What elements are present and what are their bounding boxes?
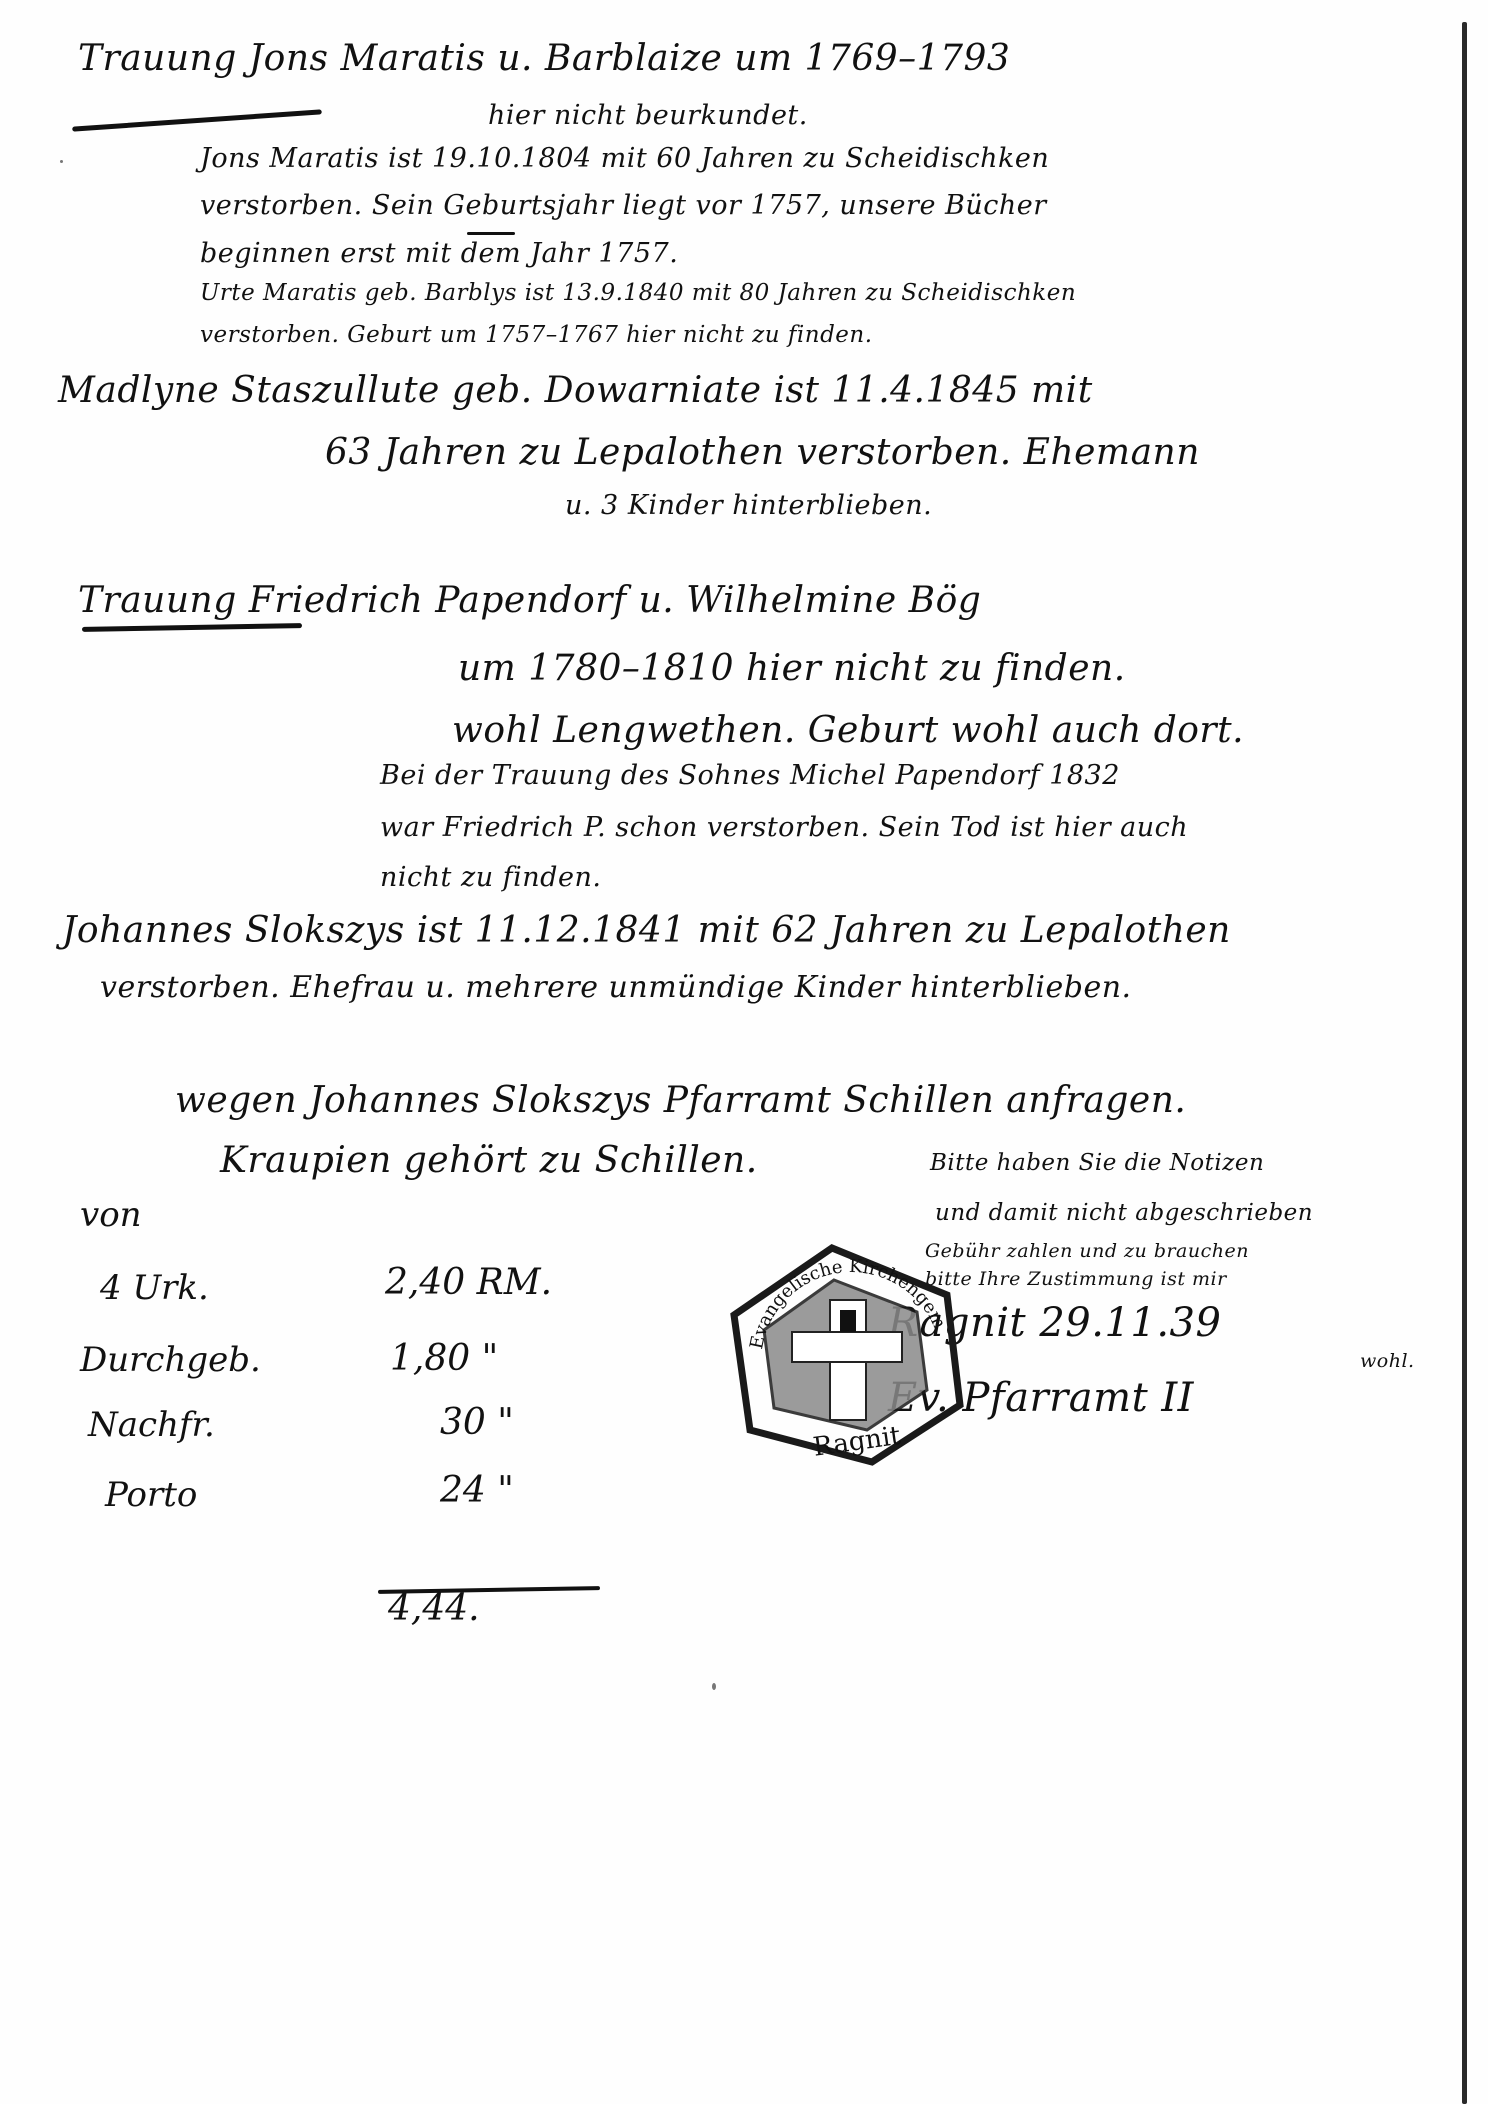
page-edge-line <box>1462 22 1467 2104</box>
text-line: Johannes Slokszys ist 11.12.1841 mit 62 … <box>62 910 1231 951</box>
fee-label: Porto <box>105 1475 197 1515</box>
text-line: 63 Jahren zu Lepalothen verstorben. Ehem… <box>325 432 1200 473</box>
fee-label: 4 Urk. <box>100 1268 209 1308</box>
text-line: Madlyne Staszullute geb. Dowarniate ist … <box>58 370 1093 411</box>
fee-label: Durchgeb. <box>80 1340 261 1380</box>
text-line: wohl Lengwethen. Geburt wohl auch dort. <box>452 710 1244 751</box>
fee-amount: 2,40 RM. <box>385 1262 552 1303</box>
text-line: beginnen erst mit dem Jahr 1757. <box>200 238 678 269</box>
svg-text:Ragnit: Ragnit <box>811 1421 903 1463</box>
parish-stamp: Evangelische Kirchengemeinde Ragnit <box>722 1240 972 1470</box>
text-line: u. 3 Kinder hinterblieben. <box>565 490 932 521</box>
side-note-line: wohl. <box>1360 1350 1415 1372</box>
fee-total: 4,44. <box>388 1588 480 1629</box>
stamp-graphic: Evangelische Kirchengemeinde Ragnit <box>722 1240 972 1470</box>
text-line: Bei der Trauung des Sohnes Michel Papend… <box>380 760 1120 791</box>
fee-amount: 30 " <box>440 1402 514 1443</box>
fee-amount: 24 " <box>440 1470 514 1511</box>
text-line: Kraupien gehört zu Schillen. <box>220 1140 758 1181</box>
heading-underline <box>72 109 322 131</box>
text-line: verstorben. Ehefrau u. mehrere unmündige… <box>100 970 1132 1005</box>
fee-amount: 1,80 " <box>390 1338 498 1379</box>
text-line: war Friedrich P. schon verstorben. Sein … <box>380 812 1188 843</box>
scanned-document-page: Trauung Jons Maratis u. Barblaize um 176… <box>0 0 1488 2104</box>
fees-header: von <box>80 1195 142 1235</box>
side-note-line: Bitte haben Sie die Notizen <box>930 1150 1264 1176</box>
fee-label: Nachfr. <box>88 1405 215 1445</box>
text-line: Urte Maratis geb. Barblys ist 13.9.1840 … <box>200 280 1076 306</box>
text-line: verstorben. Sein Geburtsjahr liegt vor 1… <box>200 190 1047 221</box>
text-line: wegen Johannes Slokszys Pfarramt Schille… <box>175 1080 1186 1121</box>
text-line: verstorben. Geburt um 1757–1767 hier nic… <box>200 322 873 348</box>
side-note-line: und damit nicht abgeschrieben <box>935 1200 1313 1226</box>
text-line: nicht zu finden. <box>380 862 601 893</box>
section-heading-marriage-1: Trauung Jons Maratis u. Barblaize um 176… <box>78 38 1010 79</box>
emphasis-underline <box>467 232 515 235</box>
side-note-line: Gebühr zahlen und zu brauchen <box>925 1240 1249 1262</box>
heading-underline <box>82 623 302 632</box>
section-heading-marriage-2: Trauung Friedrich Papendorf u. Wilhelmin… <box>78 580 981 621</box>
text-line: Jons Maratis ist 19.10.1804 mit 60 Jahre… <box>200 143 1049 174</box>
text-line: um 1780–1810 hier nicht zu finden. <box>458 648 1126 689</box>
text-line: hier nicht beurkundet. <box>488 100 808 131</box>
scan-speck <box>712 1683 716 1690</box>
scan-speck <box>60 160 63 163</box>
